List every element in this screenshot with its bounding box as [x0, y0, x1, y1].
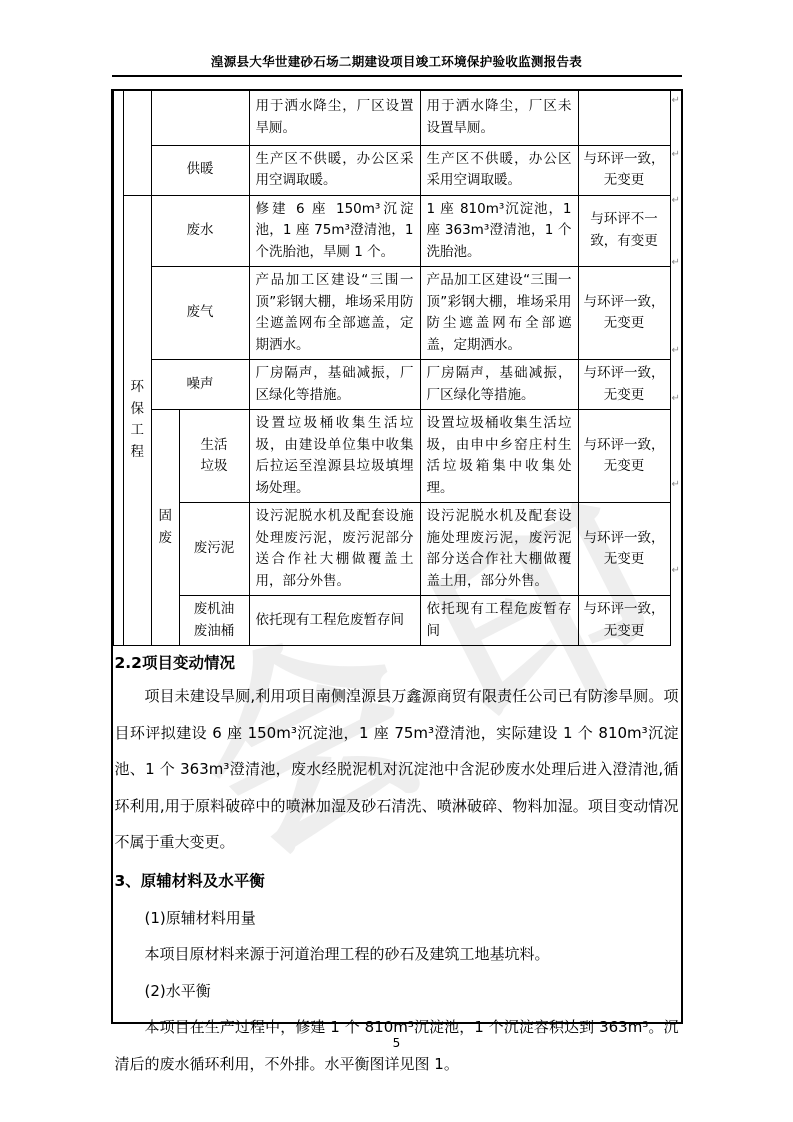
table-row: 固废 生活 垃圾 设置垃圾桶收集生活垃圾，由建设单位集中收集后拉运至湟源县垃圾填…	[113, 410, 670, 503]
group-label-solid-waste: 固废	[151, 410, 179, 646]
conclusion-cell: 与环评一致，无变更	[578, 360, 670, 410]
actual-measure-cell: 产品加工区建设“三围一顶”彩钢大棚，堆场采用防尘遮盖网布全部遮盖，定期洒水。	[420, 267, 578, 360]
actual-measure-cell: 厂房隔声，基础减振，厂区绿化等措施。	[420, 360, 578, 410]
paragraph-mark-icon: ↵	[672, 479, 684, 490]
conclusion-cell	[578, 91, 670, 145]
document-title: 湟源县大华世建砂石场二期建设项目竣工环境保护验收监测报告表	[112, 52, 682, 77]
actual-measure-cell: 生产区不供暖，办公区采用空调取暖。	[420, 145, 578, 195]
conclusion-cell: 与环评一致，无变更	[578, 596, 670, 646]
table-row: 废污泥 设污泥脱水机及配套设施处理废污泥，废污泥部分送合作社大棚做覆盖土用，部分…	[113, 503, 670, 596]
row-label: 生活 垃圾	[179, 410, 249, 503]
table-row: 废气 产品加工区建设“三围一顶”彩钢大棚，堆场采用防尘遮盖网布全部遮盖，定期洒水…	[113, 267, 670, 360]
eia-measure-cell: 用于洒水降尘，厂区设置旱厕。	[249, 91, 420, 145]
paragraph-mark-icon: ↵	[672, 257, 684, 268]
conclusion-cell: 与环评一致，无变更	[578, 267, 670, 360]
row-label: 废污泥	[179, 503, 249, 596]
paragraph-mark-icon: ↵	[672, 565, 684, 576]
conclusion-cell: 与环评一致，无变更	[578, 145, 670, 195]
row-label: 噪声	[151, 360, 249, 410]
paragraph-mark-icon: ↵	[672, 195, 684, 206]
conclusion-cell: 与环评一致，无变更	[578, 503, 670, 596]
actual-measure-cell: 1 座 810m³沉淀池，1 座 363m³澄清池，1 个洗胎池。	[420, 195, 578, 267]
table-row: 环保工程 废水 修建 6 座 150m³沉淀池，1 座 75m³澄清池，1 个洗…	[113, 195, 670, 267]
paragraph-mark-icon: ↵	[672, 393, 684, 404]
table-row: 用于洒水降尘，厂区设置旱厕。 用于洒水降尘，厂区未设置旱厕。	[113, 91, 670, 145]
paragraph-mark-icon: ↵	[672, 345, 684, 356]
row-label: 供暖	[151, 145, 249, 195]
paragraph-mark-icon: ↵	[672, 149, 684, 160]
body-text-area: 2.2项目变动情况 项目未建设旱厕,利用项目南侧湟源县万鑫源商贸有限责任公司已有…	[113, 646, 681, 1082]
materials-item-1-text: 本项目原材料来源于河道治理工程的砂石及建筑工地基坑料。	[115, 936, 679, 973]
row-label	[151, 91, 249, 145]
eia-measure-cell: 修建 6 座 150m³沉淀池，1 座 75m³澄清池，1 个洗胎池，旱厕 1 …	[249, 195, 420, 267]
eia-measure-cell: 设污泥脱水机及配套设施处理废污泥，废污泥部分送合作社大棚做覆盖土用，部分外售。	[249, 503, 420, 596]
materials-item-1-title: (1)原辅材料用量	[115, 900, 679, 937]
paragraph-mark-icon: ↵	[672, 95, 684, 106]
table-row: 废机油 废油桶 依托现有工程危废暂存间 依托现有工程危废暂存间 与环评一致，无变…	[113, 596, 670, 646]
environmental-measures-table: 用于洒水降尘，厂区设置旱厕。 用于洒水降尘，厂区未设置旱厕。 供暖 生产区不供暖…	[113, 91, 671, 646]
actual-measure-cell: 用于洒水降尘，厂区未设置旱厕。	[420, 91, 578, 145]
section-2-2-paragraph: 项目未建设旱厕,利用项目南侧湟源县万鑫源商贸有限责任公司已有防渗旱厕。项目环评拟…	[115, 678, 679, 861]
materials-item-2-title: (2)水平衡	[115, 973, 679, 1010]
actual-measure-cell: 依托现有工程危废暂存间	[420, 596, 578, 646]
table-row: 噪声 厂房隔声，基础减振，厂区绿化等措施。 厂房隔声，基础减振，厂区绿化等措施。…	[113, 360, 670, 410]
row-label: 废气	[151, 267, 249, 360]
table-spacer-cell	[113, 91, 123, 646]
section-2-2-heading: 2.2项目变动情况	[115, 649, 679, 678]
conclusion-cell: 与环评不一致，有变更	[578, 195, 670, 267]
row-label: 废机油 废油桶	[179, 596, 249, 646]
group-label-env-protection: 环保工程	[123, 195, 151, 646]
eia-measure-cell: 依托现有工程危废暂存间	[249, 596, 420, 646]
group-cell-empty	[123, 91, 151, 195]
eia-measure-cell: 产品加工区建设“三围一顶”彩钢大棚，堆场采用防尘遮盖网布全部遮盖，定期洒水。	[249, 267, 420, 360]
eia-measure-cell: 厂房隔声，基础减振，厂区绿化等措施。	[249, 360, 420, 410]
section-3-heading: 3、原辅材料及水平衡	[115, 863, 679, 900]
eia-measure-cell: 设置垃圾桶收集生活垃圾，由建设单位集中收集后拉运至湟源县垃圾填埋场处理。	[249, 410, 420, 503]
row-label: 废水	[151, 195, 249, 267]
materials-item-2-text: 本项目在生产过程中，修建 1 个 810m³沉淀池，1 个沉淀容积达到 363m…	[115, 1009, 679, 1082]
table-row: 供暖 生产区不供暖，办公区采用空调取暖。 生产区不供暖，办公区采用空调取暖。 与…	[113, 145, 670, 195]
actual-measure-cell: 设置垃圾桶收集生活垃圾，由申中乡窑庄村生活垃圾箱集中收集处理。	[420, 410, 578, 503]
eia-measure-cell: 生产区不供暖，办公区采用空调取暖。	[249, 145, 420, 195]
conclusion-cell: 与环评一致，无变更	[578, 410, 670, 503]
actual-measure-cell: 设污泥脱水机及配套设施处理废污泥，废污泥部分送合作社大棚做覆盖土用，部分外售。	[420, 503, 578, 596]
document-page: 会印 湟源县大华世建砂石场二期建设项目竣工环境保护验收监测报告表 用于洒水降尘，…	[0, 0, 793, 1122]
content-frame: 用于洒水降尘，厂区设置旱厕。 用于洒水降尘，厂区未设置旱厕。 供暖 生产区不供暖…	[111, 89, 683, 1024]
